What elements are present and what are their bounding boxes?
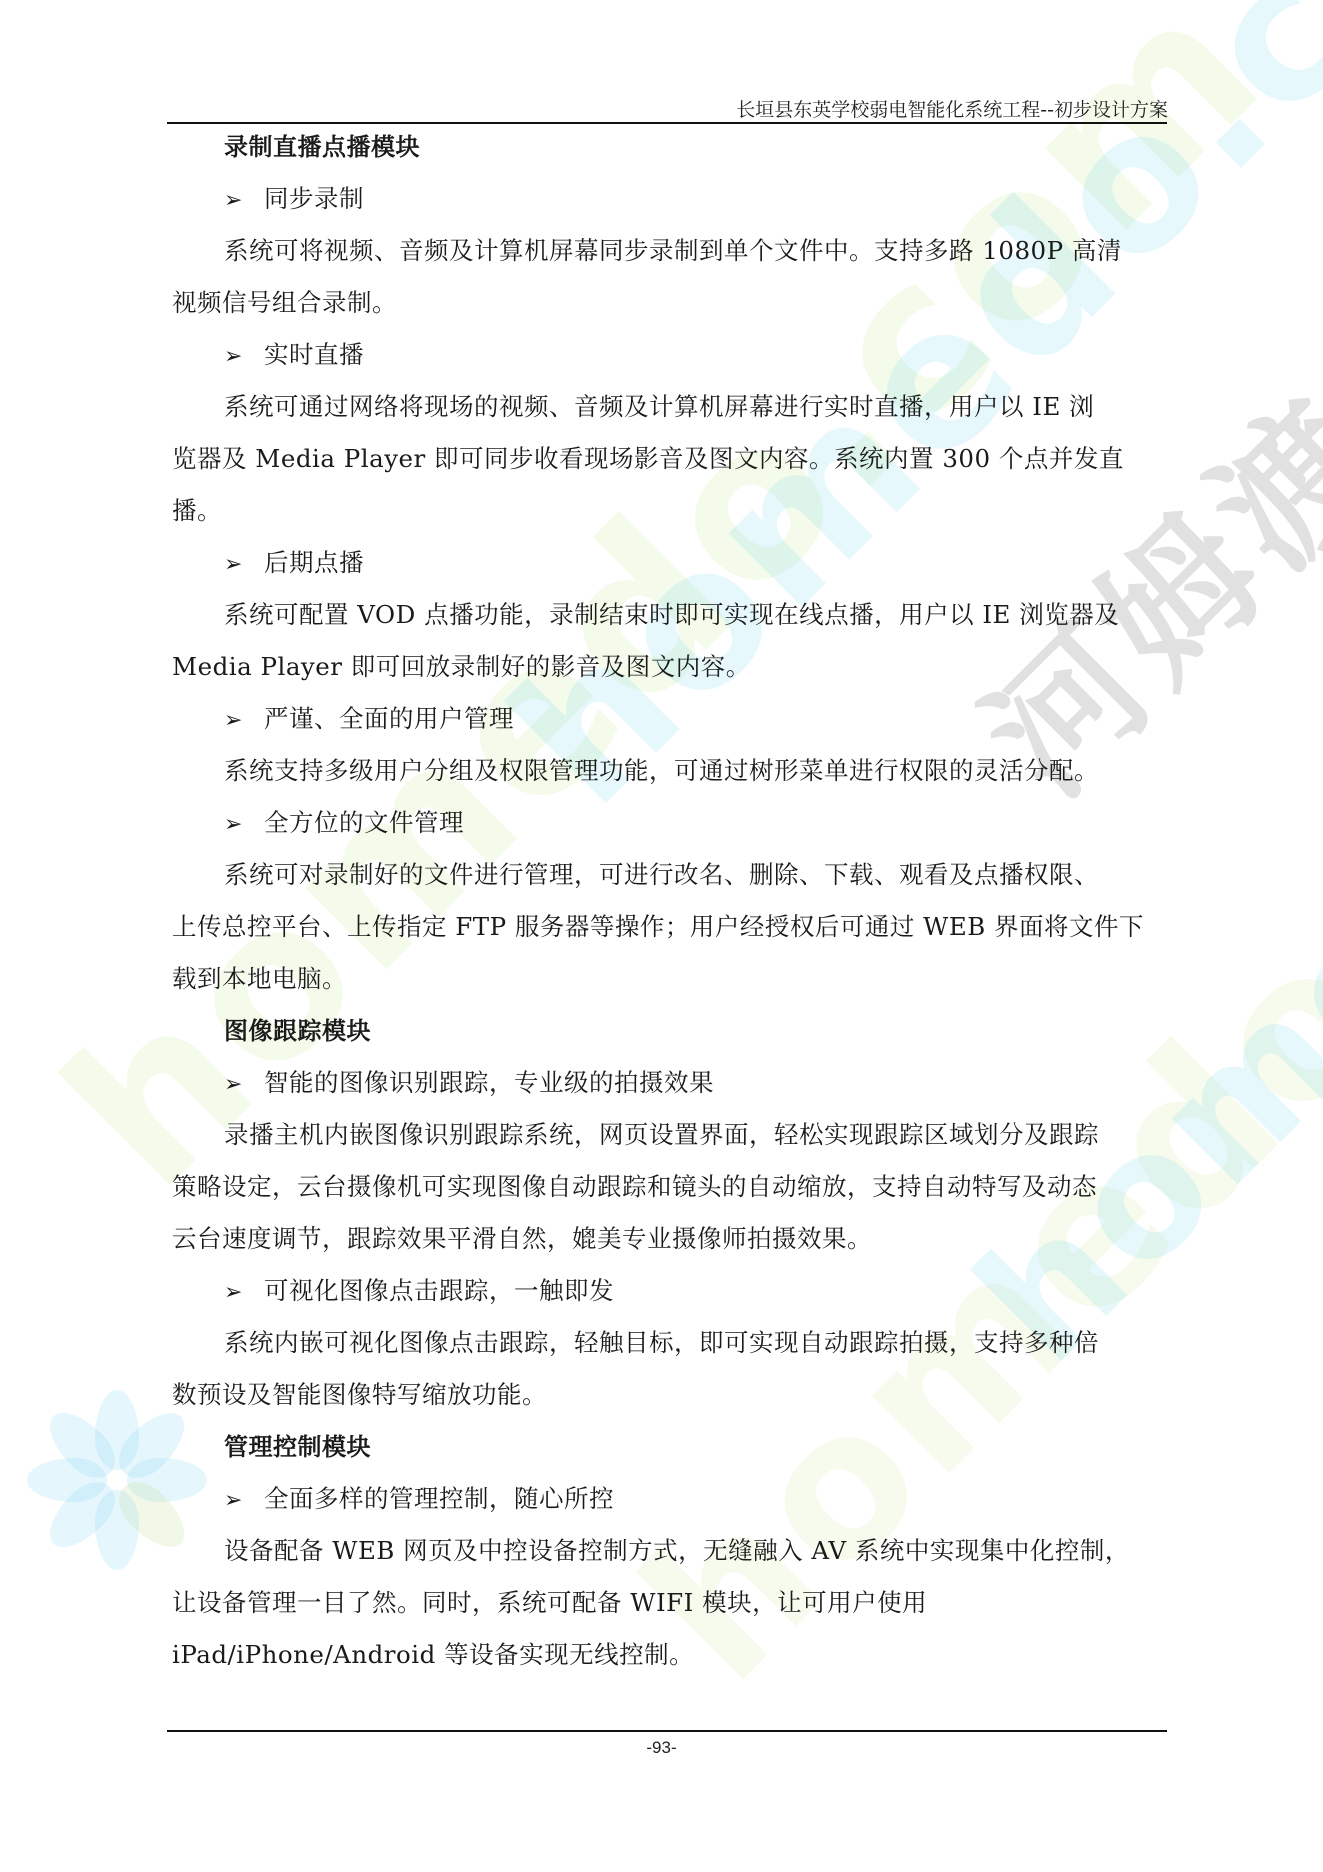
paragraph-line: 系统可对录制好的文件进行管理，可进行改名、删除、下载、观看及点播权限、 [172,849,1162,901]
arrow-bullet-icon: ➢ [224,799,264,851]
paragraph-line: 系统可配置 VOD 点播功能，录制结束时即可实现在线点播，用户以 IE 浏览器及 [172,589,1162,641]
arrow-bullet-icon: ➢ [224,175,264,227]
page-header: 长垣县东英学校弱电智能化系统工程--初步设计方案 [736,95,1168,122]
bullet-item: ➢同步录制 [172,173,1162,225]
bullet-text: 可视化图像点击跟踪，一触即发 [264,1276,614,1305]
page-number: -93- [0,1738,1323,1758]
paragraph-line: 云台速度调节，跟踪效果平滑自然，媲美专业摄像师拍摄效果。 [172,1213,1162,1265]
bullet-text: 全面多样的管理控制，随心所控 [264,1484,614,1513]
bullet-item: ➢可视化图像点击跟踪，一触即发 [172,1265,1162,1317]
paragraph-line: 系统可通过网络将现场的视频、音频及计算机屏幕进行实时直播，用户以 IE 浏 [172,381,1162,433]
bullet-item: ➢全方位的文件管理 [172,797,1162,849]
bullet-item: ➢智能的图像识别跟踪，专业级的拍摄效果 [172,1057,1162,1109]
arrow-bullet-icon: ➢ [224,1475,264,1527]
section-heading: 图像跟踪模块 [172,1005,1162,1057]
footer-divider [167,1730,1167,1732]
document-body: 录制直播点播模块➢同步录制系统可将视频、音频及计算机屏幕同步录制到单个文件中。支… [172,121,1162,1681]
paragraph-line: 览器及 Media Player 即可同步收看现场影音及图文内容。系统内置 30… [172,433,1162,485]
bullet-text: 全方位的文件管理 [264,808,464,837]
bullet-item: ➢全面多样的管理控制，随心所控 [172,1473,1162,1525]
document-page: 长垣县东英学校弱电智能化系统工程--初步设计方案 录制直播点播模块➢同步录制系统… [0,0,1323,1872]
paragraph-line: 视频信号组合录制。 [172,277,1162,329]
bullet-item: ➢后期点播 [172,537,1162,589]
bullet-text: 智能的图像识别跟踪，专业级的拍摄效果 [264,1068,714,1097]
paragraph-line: 设备配备 WEB 网页及中控设备控制方式，无缝融入 AV 系统中实现集中化控制， [172,1525,1162,1577]
bullet-item: ➢实时直播 [172,329,1162,381]
paragraph-line: 数预设及智能图像特写缩放功能。 [172,1369,1162,1421]
arrow-bullet-icon: ➢ [224,695,264,747]
paragraph-line: iPad/iPhone/Android 等设备实现无线控制。 [172,1629,1162,1681]
arrow-bullet-icon: ➢ [224,331,264,383]
paragraph-line: 让设备管理一目了然。同时，系统可配备 WIFI 模块，让可用户使用 [172,1577,1162,1629]
arrow-bullet-icon: ➢ [224,1267,264,1319]
bullet-text: 实时直播 [264,340,364,369]
bullet-text: 严谨、全面的用户管理 [264,704,514,733]
arrow-bullet-icon: ➢ [224,1059,264,1111]
bullet-text: 后期点播 [264,548,364,577]
paragraph-line: 系统支持多级用户分组及权限管理功能，可通过树形菜单进行权限的灵活分配。 [172,745,1162,797]
paragraph-line: Media Player 即可回放录制好的影音及图文内容。 [172,641,1162,693]
bullet-item: ➢严谨、全面的用户管理 [172,693,1162,745]
paragraph-line: 录播主机内嵌图像识别跟踪系统，网页设置界面，轻松实现跟踪区域划分及跟踪 [172,1109,1162,1161]
arrow-bullet-icon: ➢ [224,539,264,591]
section-heading: 录制直播点播模块 [172,121,1162,173]
bullet-text: 同步录制 [264,184,364,213]
paragraph-line: 策略设定，云台摄像机可实现图像自动跟踪和镜头的自动缩放，支持自动特写及动态 [172,1161,1162,1213]
paragraph-line: 载到本地电脑。 [172,953,1162,1005]
paragraph-line: 上传总控平台、上传指定 FTP 服务器等操作；用户经授权后可通过 WEB 界面将… [172,901,1162,953]
section-heading: 管理控制模块 [172,1421,1162,1473]
paragraph-line: 播。 [172,485,1162,537]
paragraph-line: 系统内嵌可视化图像点击跟踪，轻触目标，即可实现自动跟踪拍摄，支持多种倍 [172,1317,1162,1369]
paragraph-line: 系统可将视频、音频及计算机屏幕同步录制到单个文件中。支持多路 1080P 高清 [172,225,1162,277]
